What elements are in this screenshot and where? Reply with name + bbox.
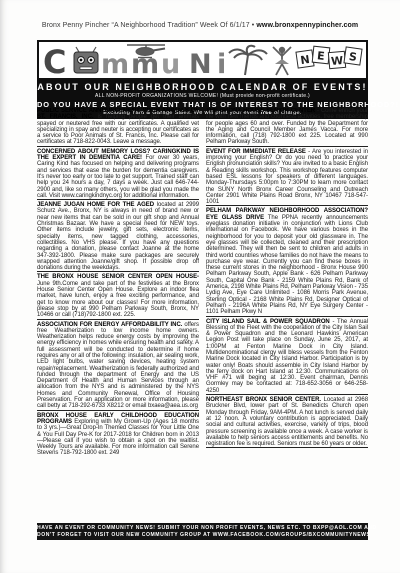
news-blocks-icon: NEWS (296, 46, 362, 68)
footer-line1: HAVE AN EVENT OR COMMUNITY NEWS! SUBMIT … (37, 525, 368, 532)
news-item-title: THE BRONX HOUSE SENIOR CENTER OPEN HOUSE… (37, 274, 199, 280)
news-item: THE BRONX HOUSE SENIOR CENTER - Come enr… (206, 108, 368, 147)
news-item-title: JEANNE JUGAN HOME FOR THE AGED (37, 202, 154, 208)
news-item: ASSOCIATION FOR ENERGY AFFORDABILITY INC… (37, 322, 199, 411)
news-item: PELHAM PARKWAY NEIGHBORHOOD ASSOCIATION?… (206, 208, 368, 316)
news-item: EVENT FOR IMMEDIATE RELEASE - Are you in… (206, 149, 368, 207)
news-item-title: THE BRONX HOUSE SENIOR CENTER (206, 108, 315, 114)
banner-line1: ABOUT OUR NEIGHBORHOOD CALENDAR OF EVENT… (37, 82, 368, 92)
logo-letter: m (101, 49, 129, 78)
right-column: THE BRONX HOUSE SENIOR CENTER - Come enr… (206, 108, 368, 522)
news-item: CITY ISLAND SAIL & POWER SQUADRON - The … (206, 319, 368, 396)
logo-letter: C (43, 43, 66, 78)
news-item: NORTHEAST BRONX SENIOR CENTER. Located a… (206, 397, 368, 448)
masthead: Bronx Penny Pincher “A Neighborhood Trad… (0, 22, 400, 29)
logo-letter: N (189, 49, 212, 78)
news-item: THE BRONX HOUSE SENIOR CENTER OPEN HOUSE… (37, 274, 199, 319)
svg-text:W: W (330, 54, 343, 68)
news-item-title: PELHAM PARKWAY NEIGHBORHOOD ASSOCIATION?… (206, 208, 368, 220)
news-block: N (296, 50, 314, 68)
banner-line2: ALL NON-PROFIT ORGANIZATIONS WELCOME! (M… (37, 93, 368, 99)
palm-tree-icon (229, 46, 267, 75)
community-news-logo-art: NEWS CmmuNi (39, 42, 368, 78)
robot-letter-o-icon (74, 47, 98, 73)
left-column: PUBLIC SERVICE ANNOUNCEMENT. POOR ANIMAL… (37, 108, 199, 522)
news-block: W (328, 51, 345, 68)
news-item-title: CITY ISLAND SAIL & POWER SQUADRON (206, 319, 330, 325)
logo-letter: u (161, 49, 180, 78)
submission-footer-banner: HAVE AN EVENT OR COMMUNITY NEWS! SUBMIT … (37, 523, 368, 540)
masthead-text: Bronx Penny Pincher “A Neighborhood Trad… (42, 22, 257, 29)
svg-text:E: E (316, 49, 325, 63)
news-item: BRONX HOUSE EARLY CHILDHOOD EDUCATION PR… (37, 413, 199, 457)
news-block: S (344, 47, 362, 65)
dancer-icon (273, 47, 291, 75)
news-item-title: PUBLIC SERVICE ANNOUNCEMENT. POOR ANIMAL… (37, 108, 199, 120)
news-block: E (312, 46, 330, 64)
news-item-title: CONCERNED ABOUT MEMORY LOSS? CARINGKIND … (37, 149, 199, 161)
footer-line2: DON'T FORGET TO VISIT OUR NEW COMMUNITY … (37, 532, 368, 539)
logo-letters: CmmuNi (43, 43, 226, 78)
masthead-url: www.bronxpennypincher.com (256, 22, 358, 29)
logo-letter: m (131, 49, 159, 78)
news-item: CONCERNED ABOUT MEMORY LOSS? CARINGKIND … (37, 149, 199, 200)
news-item-title: EVENT FOR IMMEDIATE RELEASE (206, 149, 306, 155)
news-item: JEANNE JUGAN HOME FOR THE AGED located a… (37, 202, 199, 272)
news-item: PUBLIC SERVICE ANNOUNCEMENT. POOR ANIMAL… (37, 108, 199, 147)
community-news-logo: NEWS CmmuNi (37, 40, 368, 80)
newspaper-page: Bronx Penny Pincher “A Neighborhood Trad… (0, 0, 400, 573)
logo-letter: i (217, 49, 226, 78)
news-item-title: ASSOCIATION FOR ENERGY AFFORDABILITY INC… (37, 322, 182, 328)
news-item-title: BRONX HOUSE EARLY CHILDHOOD EDUCATION PR… (37, 413, 199, 425)
news-item-title: NORTHEAST BRONX SENIOR CENTER. (206, 397, 321, 403)
article-columns: PUBLIC SERVICE ANNOUNCEMENT. POOR ANIMAL… (37, 108, 368, 522)
svg-text:N: N (300, 53, 311, 67)
